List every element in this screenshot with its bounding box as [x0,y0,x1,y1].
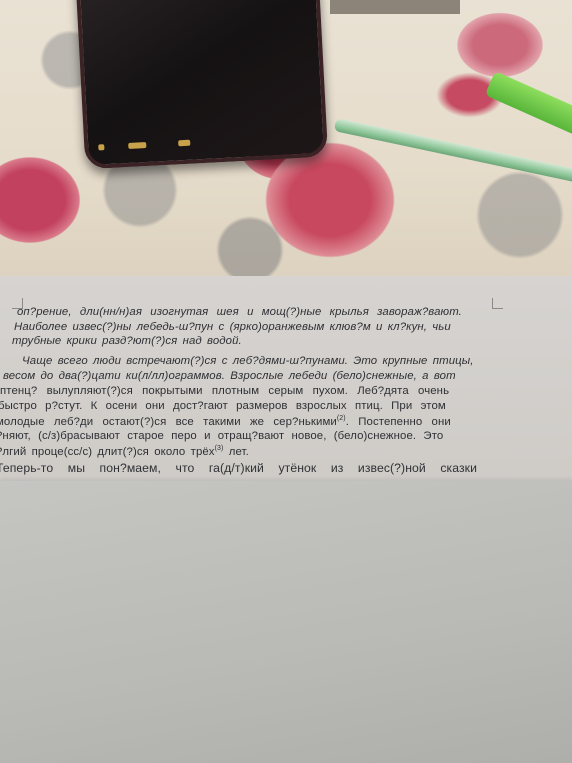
paragraph2-line5: молодые леб?ди остают(?)ся все такими же… [0,415,451,428]
paragraph2-line4: быстро р?стут. К осени они дост?гают раз… [0,400,446,412]
footnote-2: (2) [337,415,346,422]
phone-button [98,144,104,150]
smartphone [75,0,328,169]
paragraph2-line7: ?лгий проце(сс/с) длит(?)ся около трёх(3… [0,445,249,458]
paragraph2-line3: птенц? вылупляют(?)ся покрытыми плотным … [0,385,449,397]
paragraph2-line1: Чаще всего люди встречают(?)ся с леб?дям… [22,355,474,367]
line7-text-a: ?лгий проце(сс/с) длит(?)ся около трёх [0,446,215,458]
phone-port [128,142,146,149]
paragraph1-line1: оп?рение, дли(нн/н)ая изогнутая шея и мо… [17,306,462,318]
line7-text-b: лет. [223,446,248,458]
line5-text-a: молодые леб?ди остают(?)ся все такими же… [0,416,337,428]
paragraph2-line2: весом до два(?)цати ки(л/лл)ограммов. Вз… [3,370,456,382]
paragraph1-line2: Наиболее извес(?)ны лебедь-ш?пун с (ярко… [14,321,451,333]
phone-speaker [178,140,190,147]
overlapping-blank-sheet [0,481,572,763]
line5-text-b: . Постепенно они [346,416,451,428]
paragraph2-line6: ?няют, (с/з)брасывают старое перо и отра… [0,430,443,442]
rug-edge [330,0,460,14]
crop-mark-right [492,298,503,309]
paragraph1-line3: трубные крики разд?ют(?)ся над водой. [12,335,242,347]
paragraph3-line1: Теперь-то мы пон?маем, что га(д/т)кий ут… [0,461,477,475]
